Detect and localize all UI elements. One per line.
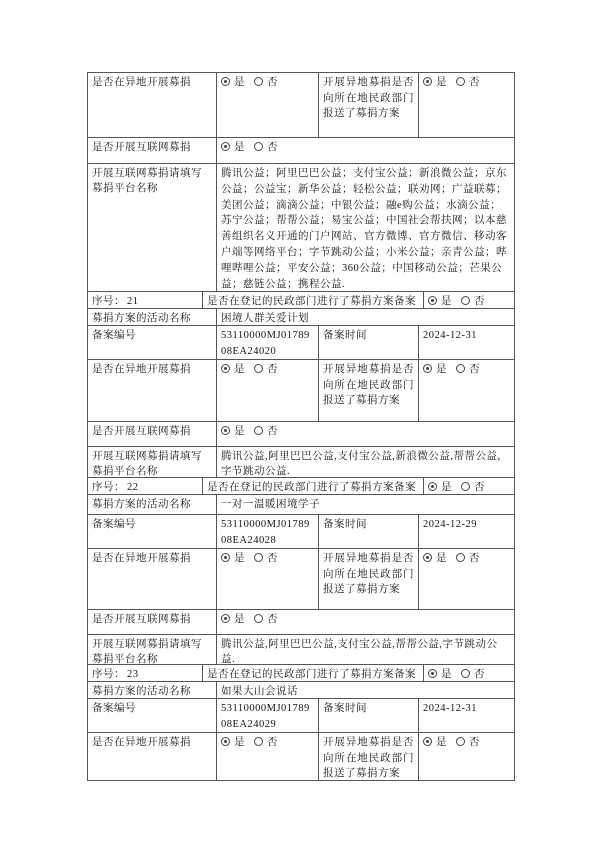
offsite-label: 是否在异地开展募捐 xyxy=(88,549,217,609)
offsite-radio-group: 是否 xyxy=(217,733,319,780)
radio-no-label: 否 xyxy=(267,553,278,564)
radio-yes-selected-icon[interactable] xyxy=(428,482,437,491)
offsite-radio-group: 是否 xyxy=(217,73,319,137)
record-row: 备案编号 53110000MJ0178908EA24028 备案时间 2024-… xyxy=(88,515,514,549)
offsite-label: 是否在异地开展募捐 xyxy=(88,73,217,137)
filing-question-label: 是否在登记的民政部门进行了募捐方案备案 xyxy=(203,478,424,494)
internet-label: 是否开展互联网募捐 xyxy=(88,138,217,163)
offsite-report-label: 开展异地募捐是否向所在地民政部门报送了募捐方案 xyxy=(319,73,419,137)
platform-row: 开展互联网募捐请填写募捐平台名称 腾讯公益；阿里巴巴公益；支付宝公益；新浪微公益… xyxy=(88,164,514,292)
radio-no-label: 否 xyxy=(469,737,480,748)
internet-radio-group: 是否 xyxy=(217,422,514,446)
filing-radio-group: 是否 xyxy=(424,478,514,494)
platform-row: 开展互联网募捐请填写募捐平台名称 腾讯公益,阿里巴巴公益,支付宝公益,帮帮公益,… xyxy=(88,635,514,665)
internet-row: 是否开展互联网募捐 是否 xyxy=(88,610,514,635)
filing-radio-group: 是否 xyxy=(424,292,514,308)
offsite-row-truncated: 是否在异地开展募捐 是否 开展异地募捐是否向所在地民政部门报送了募捐方案 是否 xyxy=(88,733,514,780)
radio-yes-label: 是 xyxy=(234,614,245,625)
record-no-label: 备案编号 xyxy=(88,515,217,548)
radio-yes-label: 是 xyxy=(234,553,245,564)
radio-yes-label: 是 xyxy=(234,142,245,153)
radio-yes-label: 是 xyxy=(234,77,245,88)
activity-label: 募捐方案的活动名称 xyxy=(88,682,217,698)
platform-list-value: 腾讯公益,阿里巴巴公益,支付宝公益,新浪微公益,帮帮公益,字节跳动公益. xyxy=(217,447,514,477)
radio-no-icon[interactable] xyxy=(254,142,263,151)
radio-no-label: 否 xyxy=(267,142,278,153)
offsite-label: 是否在异地开展募捐 xyxy=(88,733,217,780)
record-time-label: 备案时间 xyxy=(319,699,419,732)
radio-yes-selected-icon[interactable] xyxy=(423,553,432,562)
radio-no-icon[interactable] xyxy=(456,737,465,746)
record-no-label: 备案编号 xyxy=(88,326,217,359)
filing-question-label: 是否在登记的民政部门进行了募捐方案备案 xyxy=(203,665,424,681)
radio-yes-selected-icon[interactable] xyxy=(423,77,432,86)
offsite-row: 是否在异地开展募捐 是否 开展异地募捐是否向所在地民政部门报送了募捐方案 是否 xyxy=(88,360,514,422)
radio-no-icon[interactable] xyxy=(254,614,263,623)
record-no-value: 53110000MJ0178908EA24029 xyxy=(217,699,319,732)
radio-no-label: 否 xyxy=(474,669,485,680)
radio-yes-selected-icon[interactable] xyxy=(221,142,230,151)
record-time-value: 2024-12-31 xyxy=(419,699,514,732)
radio-yes-label: 是 xyxy=(441,669,452,680)
activity-row: 募捐方案的活动名称 如果大山会说话 xyxy=(88,682,514,699)
radio-yes-selected-icon[interactable] xyxy=(221,614,230,623)
radio-no-icon[interactable] xyxy=(254,737,263,746)
radio-no-icon[interactable] xyxy=(254,77,263,86)
serial-value: 23 xyxy=(127,669,139,680)
radio-no-label: 否 xyxy=(267,77,278,88)
radio-yes-selected-icon[interactable] xyxy=(221,364,230,373)
radio-no-label: 否 xyxy=(474,482,485,493)
offsite-radio-group: 是否 xyxy=(217,360,319,421)
platform-label: 开展互联网募捐请填写募捐平台名称 xyxy=(88,164,217,291)
radio-yes-label: 是 xyxy=(436,77,447,88)
offsite-report-radio-group: 是否 xyxy=(419,549,514,609)
platform-label: 开展互联网募捐请填写募捐平台名称 xyxy=(88,447,217,477)
document-page: 是否在异地开展募捐 是否 开展异地募捐是否向所在地民政部门报送了募捐方案 是否 … xyxy=(0,0,602,851)
radio-yes-selected-icon[interactable] xyxy=(221,553,230,562)
radio-no-label: 否 xyxy=(267,426,278,437)
internet-label: 是否开展互联网募捐 xyxy=(88,610,217,634)
radio-yes-label: 是 xyxy=(441,482,452,493)
radio-no-icon[interactable] xyxy=(456,553,465,562)
radio-no-label: 否 xyxy=(469,77,480,88)
record-row: 备案编号 53110000MJ0178908EA24020 备案时间 2024-… xyxy=(88,326,514,360)
radio-yes-label: 是 xyxy=(436,553,447,564)
serial-row: 序号：22 是否在登记的民政部门进行了募捐方案备案 是否 xyxy=(88,478,514,495)
radio-no-icon[interactable] xyxy=(254,426,263,435)
offsite-radio-group: 是否 xyxy=(217,549,319,609)
serial-value: 21 xyxy=(127,296,139,307)
platform-label: 开展互联网募捐请填写募捐平台名称 xyxy=(88,635,217,664)
platform-list-value: 腾讯公益,阿里巴巴公益,支付宝公益,帮帮公益,字节跳动公益. xyxy=(217,635,514,664)
serial-row: 序号：21 是否在登记的民政部门进行了募捐方案备案 是否 xyxy=(88,292,514,309)
activity-value: 如果大山会说话 xyxy=(217,682,514,698)
radio-no-icon[interactable] xyxy=(461,669,470,678)
record-time-value: 2024-12-31 xyxy=(419,326,514,359)
internet-radio-group: 是否 xyxy=(217,138,514,163)
radio-no-icon[interactable] xyxy=(456,364,465,373)
radio-yes-selected-icon[interactable] xyxy=(221,737,230,746)
record-no-label: 备案编号 xyxy=(88,699,217,732)
radio-yes-selected-icon[interactable] xyxy=(221,426,230,435)
activity-row: 募捐方案的活动名称 困境人群关爱计划 xyxy=(88,309,514,326)
platform-row: 开展互联网募捐请填写募捐平台名称 腾讯公益,阿里巴巴公益,支付宝公益,新浪微公益… xyxy=(88,447,514,478)
activity-value: 一对一温暖困境学子 xyxy=(217,495,514,514)
offsite-report-radio-group: 是否 xyxy=(419,733,514,780)
radio-yes-selected-icon[interactable] xyxy=(423,737,432,746)
offsite-row: 是否在异地开展募捐 是否 开展异地募捐是否向所在地民政部门报送了募捐方案 是否 xyxy=(88,73,514,138)
radio-yes-label: 是 xyxy=(234,737,245,748)
fundraising-filing-table: 是否在异地开展募捐 是否 开展异地募捐是否向所在地民政部门报送了募捐方案 是否 … xyxy=(87,72,515,781)
radio-no-label: 否 xyxy=(267,614,278,625)
radio-yes-selected-icon[interactable] xyxy=(428,669,437,678)
offsite-label: 是否在异地开展募捐 xyxy=(88,360,217,421)
radio-yes-label: 是 xyxy=(436,364,447,375)
radio-no-icon[interactable] xyxy=(254,364,263,373)
radio-no-icon[interactable] xyxy=(254,553,263,562)
activity-label: 募捐方案的活动名称 xyxy=(88,309,217,325)
radio-yes-label: 是 xyxy=(234,426,245,437)
radio-no-label: 否 xyxy=(474,296,485,307)
radio-yes-label: 是 xyxy=(436,737,447,748)
record-time-value: 2024-12-29 xyxy=(419,515,514,548)
radio-yes-label: 是 xyxy=(441,296,452,307)
serial-cell: 序号：22 xyxy=(88,478,203,494)
radio-yes-selected-icon[interactable] xyxy=(221,77,230,86)
offsite-report-radio-group: 是否 xyxy=(419,360,514,421)
serial-row: 序号：23 是否在登记的民政部门进行了募捐方案备案 是否 xyxy=(88,665,514,682)
internet-label: 是否开展互联网募捐 xyxy=(88,422,217,446)
record-time-label: 备案时间 xyxy=(319,515,419,548)
offsite-row: 是否在异地开展募捐 是否 开展异地募捐是否向所在地民政部门报送了募捐方案 是否 xyxy=(88,549,514,610)
filing-radio-group: 是否 xyxy=(424,665,514,681)
radio-no-label: 否 xyxy=(469,364,480,375)
serial-value: 22 xyxy=(127,482,139,493)
platform-list-value: 腾讯公益；阿里巴巴公益；支付宝公益；新浪微公益；京东公益；公益宝；新华公益；轻松… xyxy=(217,164,514,291)
activity-row: 募捐方案的活动名称 一对一温暖困境学子 xyxy=(88,495,514,515)
radio-yes-label: 是 xyxy=(234,364,245,375)
record-no-value: 53110000MJ0178908EA24020 xyxy=(217,326,319,359)
offsite-report-label: 开展异地募捐是否向所在地民政部门报送了募捐方案 xyxy=(319,360,419,421)
activity-value: 困境人群关爱计划 xyxy=(217,309,514,325)
radio-no-icon[interactable] xyxy=(461,296,470,305)
serial-prefix: 序号： xyxy=(92,296,125,307)
serial-cell: 序号：21 xyxy=(88,292,203,308)
record-time-label: 备案时间 xyxy=(319,326,419,359)
offsite-report-label: 开展异地募捐是否向所在地民政部门报送了募捐方案 xyxy=(319,549,419,609)
record-no-value: 53110000MJ0178908EA24028 xyxy=(217,515,319,548)
radio-no-label: 否 xyxy=(267,737,278,748)
offsite-report-label: 开展异地募捐是否向所在地民政部门报送了募捐方案 xyxy=(319,733,419,780)
internet-row: 是否开展互联网募捐 是否 xyxy=(88,138,514,164)
internet-radio-group: 是否 xyxy=(217,610,514,634)
radio-no-label: 否 xyxy=(267,364,278,375)
serial-cell: 序号：23 xyxy=(88,665,203,681)
record-row: 备案编号 53110000MJ0178908EA24029 备案时间 2024-… xyxy=(88,699,514,733)
radio-yes-selected-icon[interactable] xyxy=(428,296,437,305)
radio-no-icon[interactable] xyxy=(461,482,470,491)
radio-yes-selected-icon[interactable] xyxy=(423,364,432,373)
activity-label: 募捐方案的活动名称 xyxy=(88,495,217,514)
serial-prefix: 序号： xyxy=(92,482,125,493)
radio-no-icon[interactable] xyxy=(456,77,465,86)
radio-no-label: 否 xyxy=(469,553,480,564)
offsite-report-radio-group: 是否 xyxy=(419,73,514,137)
serial-prefix: 序号： xyxy=(92,669,125,680)
filing-question-label: 是否在登记的民政部门进行了募捐方案备案 xyxy=(203,292,424,308)
internet-row: 是否开展互联网募捐 是否 xyxy=(88,422,514,447)
